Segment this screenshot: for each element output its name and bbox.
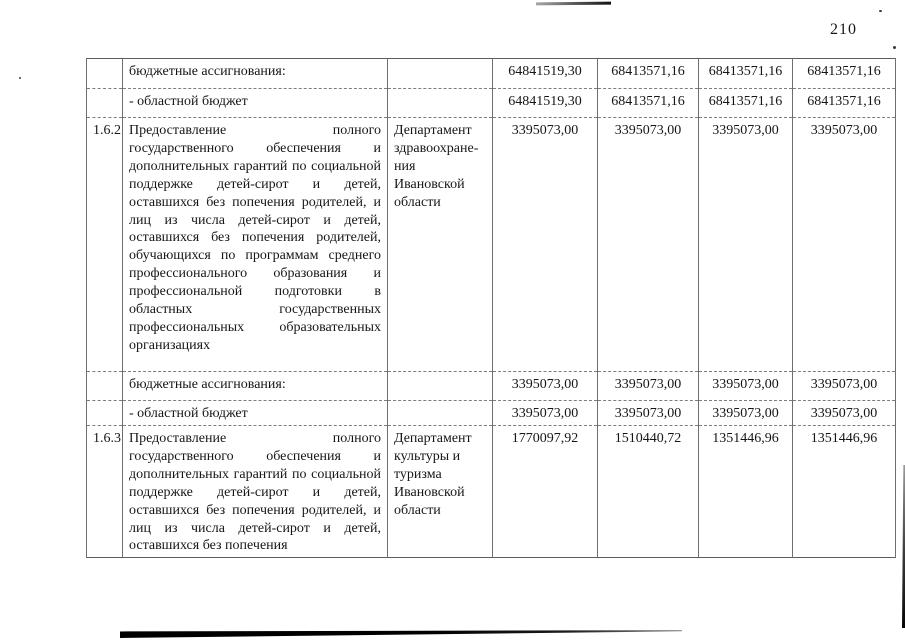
value-cell: 68413571,16 — [793, 59, 896, 89]
measure-description-cell: Предоставление полного государственного … — [123, 426, 388, 558]
scan-speck — [19, 77, 21, 79]
value-cell: 3395073,00 — [793, 372, 896, 401]
executor-cell — [388, 59, 493, 89]
row-number-cell — [87, 401, 123, 426]
table-row-budget-assignments: бюджетные ассигнования: 64841519,30 6841… — [87, 59, 896, 89]
value-cell: 3395073,00 — [493, 118, 598, 372]
row-number-cell — [87, 89, 123, 118]
scan-artifact-bottom-bar — [120, 630, 682, 638]
value-cell: 3395073,00 — [493, 372, 598, 401]
scan-artifact-top-mark — [536, 2, 611, 6]
value-cell: 3395073,00 — [793, 401, 896, 426]
value-cell: 64841519,30 — [493, 59, 598, 89]
value-cell: 3395073,00 — [493, 401, 598, 426]
row-label-cell: бюджетные ассигнования: — [123, 372, 388, 401]
budget-allocations-table: бюджетные ассигнования: 64841519,30 6841… — [86, 58, 896, 558]
value-cell: 3395073,00 — [699, 372, 793, 401]
measure-description-text: Предоставление полного государственного … — [129, 430, 381, 555]
value-cell: 64841519,30 — [493, 89, 598, 118]
value-cell: 1770097,92 — [493, 426, 598, 558]
value-cell: 68413571,16 — [598, 89, 699, 118]
row-label-cell: бюджетные ассигнования: — [123, 59, 388, 89]
value-cell: 3395073,00 — [598, 401, 699, 426]
executor-cell — [388, 89, 493, 118]
table-row-measure-1-6-3: 1.6.3 Предоставление полного государстве… — [87, 426, 896, 558]
value-cell: 3395073,00 — [598, 118, 699, 372]
measure-description-cell: Предоставление полного государственного … — [123, 118, 388, 372]
value-cell: 3395073,00 — [699, 118, 793, 372]
row-label-cell: - областной бюджет — [123, 401, 388, 426]
scan-speck — [893, 46, 896, 49]
value-cell: 68413571,16 — [699, 59, 793, 89]
executor-cell — [388, 401, 493, 426]
value-cell: 3395073,00 — [598, 372, 699, 401]
table-row-budget-assignments: бюджетные ассигнования: 3395073,00 33950… — [87, 372, 896, 401]
value-cell: 68413571,16 — [598, 59, 699, 89]
executor-cell: Департамент здравоохране- ния Ивановской… — [388, 118, 493, 372]
row-number-cell — [87, 59, 123, 89]
value-cell: 3395073,00 — [699, 401, 793, 426]
value-cell: 3395073,00 — [793, 118, 896, 372]
value-cell: 1510440,72 — [598, 426, 699, 558]
row-label-cell: - областной бюджет — [123, 89, 388, 118]
value-cell: 68413571,16 — [793, 89, 896, 118]
table-row-regional-budget: - областной бюджет 3395073,00 3395073,00… — [87, 401, 896, 426]
page-number: 210 — [830, 21, 857, 39]
executor-cell: Департамент культуры и туризма Ивановско… — [388, 426, 493, 558]
value-cell: 1351446,96 — [793, 426, 896, 558]
value-cell: 1351446,96 — [699, 426, 793, 558]
value-cell: 68413571,16 — [699, 89, 793, 118]
row-number-cell: 1.6.3 — [87, 426, 123, 558]
table-row-regional-budget: - областной бюджет 64841519,30 68413571,… — [87, 89, 896, 118]
scan-speck — [879, 10, 882, 12]
table-row-measure-1-6-2: 1.6.2 Предоставление полного государстве… — [87, 118, 896, 372]
row-number-cell: 1.6.2 — [87, 118, 123, 372]
executor-cell — [388, 372, 493, 401]
row-number-cell — [87, 372, 123, 401]
